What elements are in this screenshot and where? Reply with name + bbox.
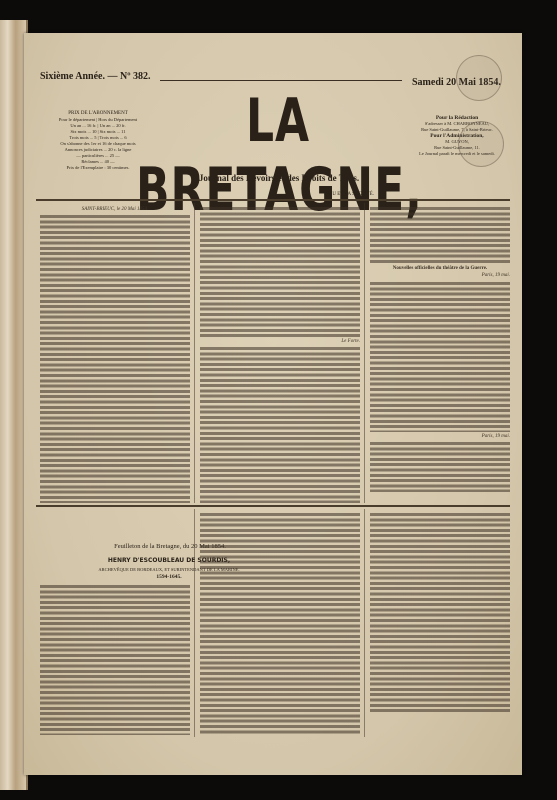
feuilleton-divider xyxy=(36,505,510,507)
header-rule xyxy=(160,80,402,81)
article-signature: Le Forte. xyxy=(200,339,360,344)
issue-number: Sixième Année. — Nº 382. xyxy=(40,71,151,82)
library-stamp-icon xyxy=(456,55,502,101)
feuilleton-column-3 xyxy=(370,513,510,713)
article-text xyxy=(200,347,360,503)
masthead-divider xyxy=(36,199,510,201)
war-news-heading: Nouvelles officielles du théâtre de la G… xyxy=(370,266,510,271)
middle-article-column: Le Forte. xyxy=(200,207,360,503)
lead-dateline: SAINT-BRIEUC, le 20 Mai 1854. xyxy=(40,207,190,212)
article-text xyxy=(40,215,190,503)
feuilleton-column-2 xyxy=(200,513,360,735)
feuilleton-text xyxy=(370,513,510,713)
feuilleton-text xyxy=(40,585,190,735)
newspaper-motto: DIEU ET LA SOCIÉTÉ. xyxy=(324,192,374,197)
newspaper-page: Sixième Année. — Nº 382. Samedi 20 Mai 1… xyxy=(24,33,522,775)
feuilleton-text xyxy=(200,513,360,735)
war-news-dateline: Paris, 19 mai. xyxy=(370,273,510,278)
column-rule xyxy=(364,509,365,737)
paris-dateline: Paris, 19 mai. xyxy=(370,434,510,439)
article-text xyxy=(370,207,510,263)
right-article-column: Nouvelles officielles du théâtre de la G… xyxy=(370,207,510,503)
article-text xyxy=(200,207,360,337)
column-rule xyxy=(364,203,365,503)
column-rule xyxy=(194,509,195,737)
feuilleton-column-1 xyxy=(40,585,190,735)
newspaper-subtitle: Journal des Devoirs et des Droits de Tou… xyxy=(174,173,384,183)
column-rule xyxy=(194,203,195,503)
lead-article-column: SAINT-BRIEUC, le 20 Mai 1854. xyxy=(40,205,190,503)
article-text xyxy=(370,442,510,492)
article-text xyxy=(370,282,510,432)
tax-stamp-icon xyxy=(458,121,504,167)
